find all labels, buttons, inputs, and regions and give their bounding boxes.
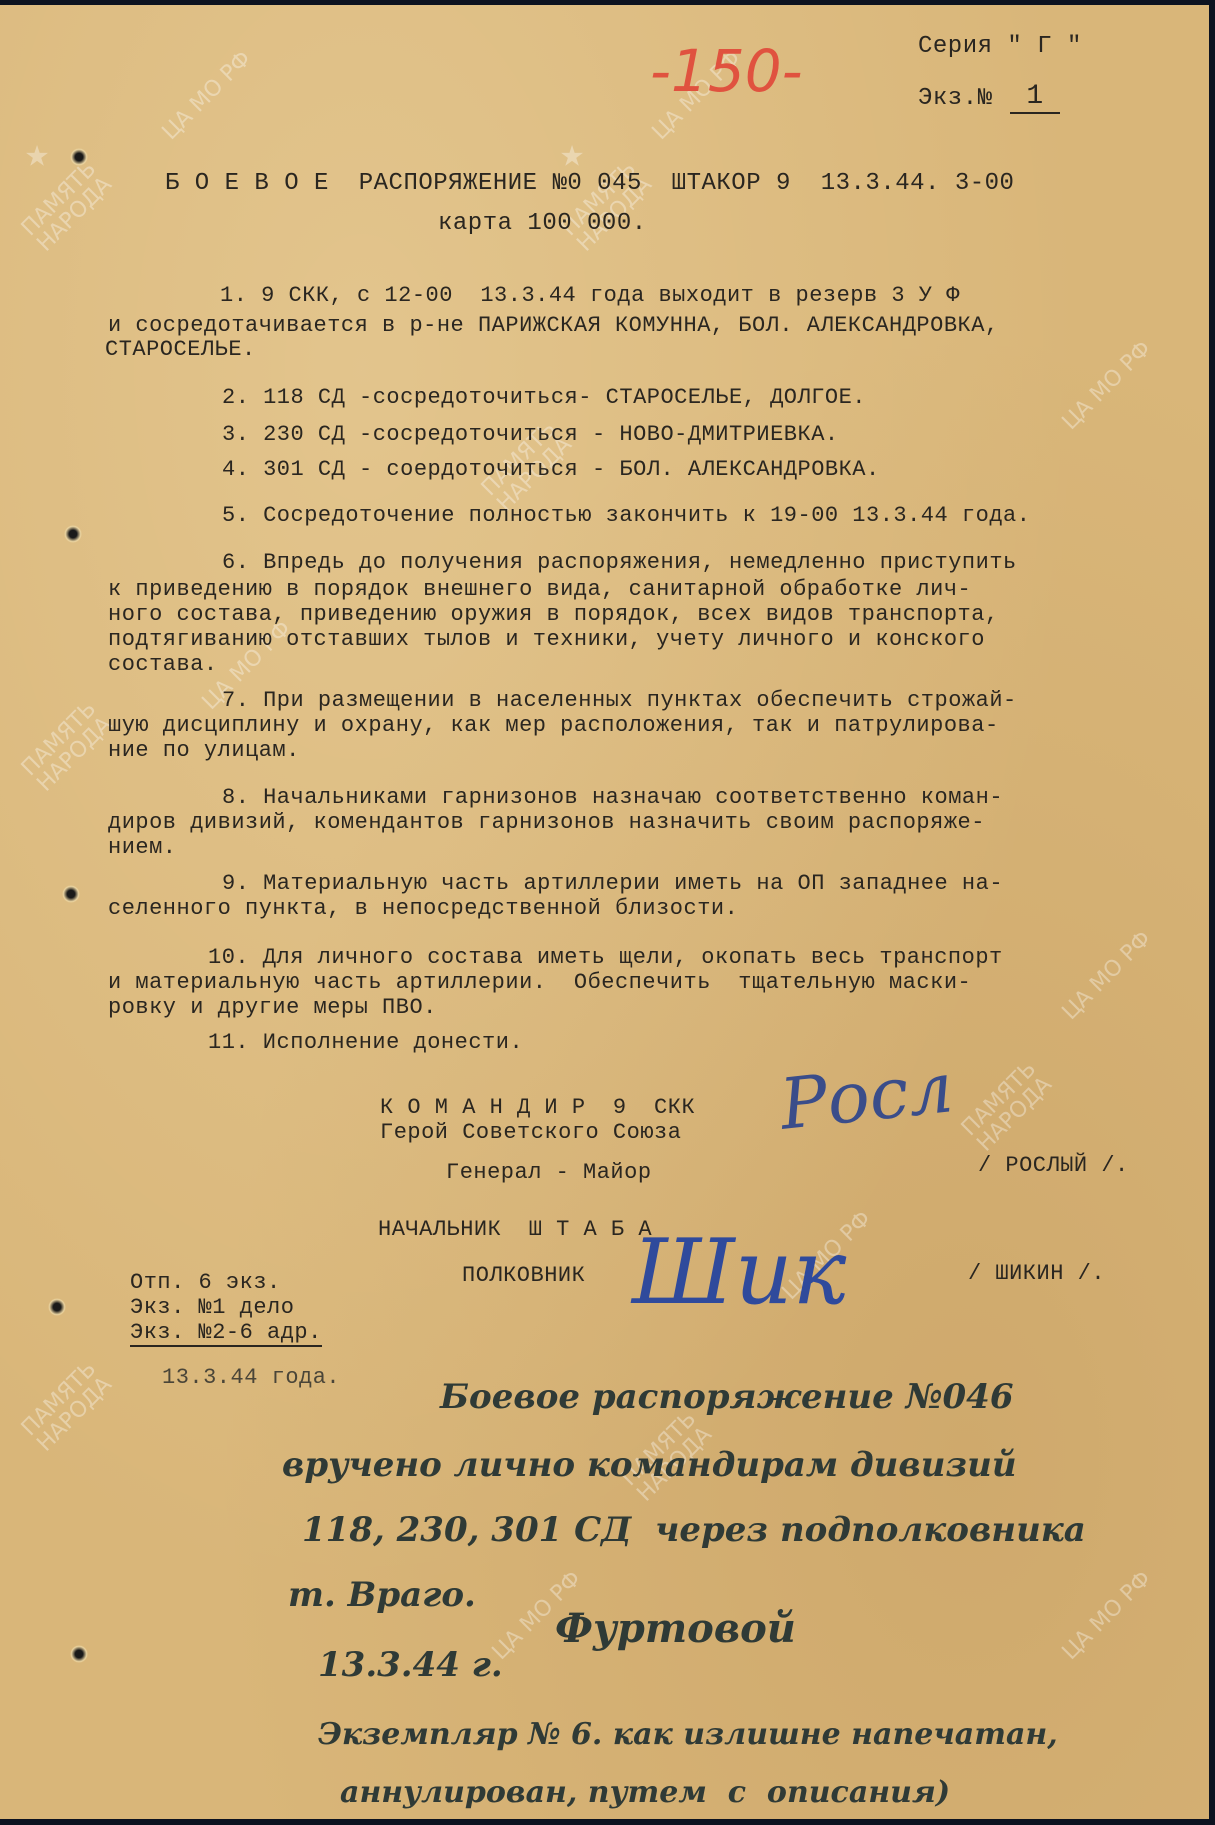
commander-signature: Росл	[776, 1046, 957, 1146]
chief-of-staff-title: НАЧАЛЬНИК Ш Т А Б А	[378, 1217, 652, 1242]
paragraph-8-line: нием.	[108, 835, 177, 860]
paragraph-6-line: состава.	[108, 652, 218, 677]
watermark-project: ПАМЯТЬ НАРОДА	[18, 1358, 116, 1456]
copy-2-6-destination: Экз. №2-6 адр.	[130, 1320, 322, 1347]
paragraph-6-line: подтягиванию отставших тылов и техники, …	[108, 627, 985, 652]
handwritten-line: т. Враго.	[288, 1575, 476, 1615]
watermark-archive: ЦА МО РФ	[1059, 928, 1156, 1025]
handwritten-date: 13.3.44 г.	[318, 1645, 503, 1685]
punch-hole	[48, 1298, 66, 1316]
paragraph-8-line: диров дивизий, комендантов гарнизонов на…	[108, 810, 985, 835]
series-label: Серия " Г "	[918, 33, 1082, 60]
handwritten-line: Боевое распоряжение №046	[440, 1377, 1014, 1417]
paragraph-11: 11. Исполнение донести.	[208, 1030, 523, 1055]
star-icon: ★	[25, 130, 49, 179]
paragraph-6-line: ного состава, приведению оружия в порядо…	[108, 602, 999, 627]
paragraph-6-line: 6. Впредь до получения распоряжения, нем…	[222, 550, 1017, 575]
paragraph-1-line: 1. 9 СКК, с 12-00 13.3.44 года выходит в…	[220, 283, 960, 308]
paragraph-1-line: и сосредотачивается в р-не ПАРИЖСКАЯ КОМ…	[108, 313, 999, 338]
paragraph-10-line: 10. Для личного состава иметь щели, окоп…	[208, 945, 1003, 970]
document-page: ЦА МО РФ ПАМЯТЬ НАРОДА ★ ЦА МО РФ ПАМЯТЬ…	[0, 5, 1209, 1819]
commander-rank: Генерал - Майор	[446, 1160, 652, 1185]
chief-of-staff-name: / ШИКИН /.	[968, 1261, 1105, 1286]
paragraph-9-line: селенного пункта, в непосредственной бли…	[108, 896, 738, 921]
paragraph-7-line: 7. При размещении в населенных пунктах о…	[222, 688, 1017, 713]
paragraph-10-line: ровку и другие меры ПВО.	[108, 995, 437, 1020]
handwritten-line: 118, 230, 301 СД через подполковника	[302, 1510, 1086, 1550]
red-page-mark: -150-	[650, 37, 803, 105]
watermark-archive: ЦА МО РФ	[1059, 338, 1156, 435]
commander-name: / РОСЛЫЙ /.	[978, 1153, 1129, 1178]
paragraph-6-line: к приведению в порядок внешнего вида, са…	[108, 577, 971, 602]
paragraph-1-line: СТАРОСЕЛЬЕ.	[105, 337, 256, 362]
document-title: Б О Е В О Е РАСПОРЯЖЕНИЕ №0 045 ШТАКОР 9…	[165, 170, 1014, 197]
paragraph-9-line: 9. Материальную часть артиллерии иметь н…	[222, 871, 1003, 896]
punch-hole	[62, 885, 80, 903]
chief-of-staff-signature: Шик	[632, 1220, 846, 1325]
handwritten-note-line: аннулирован, путем с описания)	[340, 1775, 950, 1810]
issue-date: 13.3.44 года.	[162, 1365, 340, 1390]
paragraph-10-line: и материальную часть артиллерии. Обеспеч…	[108, 970, 971, 995]
chief-of-staff-rank: ПОЛКОВНИК	[462, 1263, 585, 1288]
copy-label: Экз.№	[918, 85, 993, 112]
copy-1-destination: Экз. №1 дело	[130, 1295, 294, 1320]
punch-hole	[70, 148, 88, 166]
punch-hole	[64, 525, 82, 543]
handwritten-signature: Фуртовой	[555, 1605, 796, 1652]
paragraph-7-line: ние по улицам.	[108, 738, 300, 763]
copy-number: 1	[1010, 81, 1060, 114]
commander-rank-hero: Герой Советского Союза	[380, 1120, 681, 1145]
paragraph-8-line: 8. Начальниками гарнизонов назначаю соот…	[222, 785, 1003, 810]
paragraph-7-line: шую дисциплину и охрану, как мер располо…	[108, 713, 999, 738]
watermark-archive: ЦА МО РФ	[159, 48, 256, 145]
watermark-archive: ЦА МО РФ	[1059, 1568, 1156, 1665]
watermark-project: ПАМЯТЬ НАРОДА	[18, 698, 116, 796]
paragraph-5: 5. Сосредоточение полностью закончить к …	[222, 503, 1030, 528]
handwritten-line: вручено лично командирам дивизий	[282, 1445, 1017, 1485]
commander-title: К О М А Н Д И Р 9 СКК	[380, 1095, 695, 1120]
paragraph-4: 4. 301 СД - соердоточиться - БОЛ. АЛЕКСА…	[222, 457, 880, 482]
paragraph-3: 3. 230 СД -сосредоточиться - НОВО-ДМИТРИ…	[222, 422, 839, 447]
punch-hole	[70, 1645, 88, 1663]
paragraph-2: 2. 118 СД -сосредоточиться- СТАРОСЕЛЬЕ, …	[222, 385, 866, 410]
copies-count: Отп. 6 экз.	[130, 1270, 281, 1295]
map-scale: карта 100 000.	[438, 210, 647, 237]
watermark-project: ПАМЯТЬ НАРОДА	[958, 1058, 1056, 1156]
handwritten-note-line: Экземпляр № 6. как излишне напечатан,	[318, 1717, 1058, 1752]
